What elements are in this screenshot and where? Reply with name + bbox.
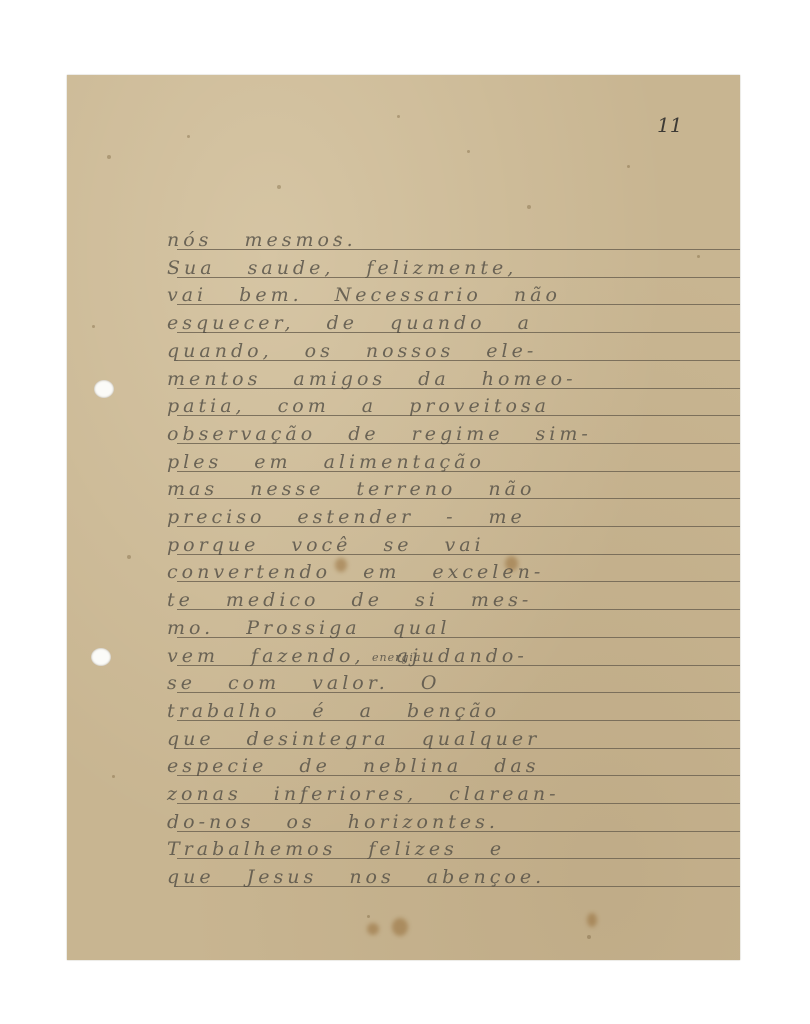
handwritten-line: patia, com a proveitosa: [167, 393, 734, 419]
punch-hole: [94, 380, 114, 398]
handwritten-line: te medico de si mes-: [167, 587, 734, 613]
paper-speck: [367, 915, 370, 918]
paper-speck: [397, 115, 400, 118]
handwritten-line: que Jesus nos abençoe.: [167, 864, 734, 890]
page-number: 11: [657, 113, 682, 137]
paper-speck: [107, 155, 111, 159]
handwritten-line: mas nesse terreno não: [167, 476, 734, 502]
handwritten-line: ples em alimentação: [167, 449, 734, 475]
interlinear-insert: energia: [372, 651, 421, 664]
handwritten-line: especie de neblina das: [167, 753, 734, 779]
handwritten-line: zonas inferiores, clarean-: [167, 781, 734, 807]
handwritten-line: quando, os nossos ele-: [167, 338, 734, 364]
handwritten-line: Sua saude, felizmente,: [167, 255, 734, 281]
handwritten-line: que desintegra qualquer: [167, 726, 734, 752]
handwritten-line: porque você se vai: [167, 532, 734, 558]
paper-speck: [187, 135, 190, 138]
handwritten-line: vem fazendo, ajudando-: [167, 643, 734, 669]
handwritten-line: se com valor. O: [167, 670, 734, 696]
letter-page: 11 nós mesmos.Sua saude, felizmente,vai …: [67, 75, 740, 960]
handwritten-line: esquecer, de quando a: [167, 310, 734, 336]
handwritten-line: vai bem. Necessario não: [167, 282, 734, 308]
handwritten-line: nós mesmos.: [167, 227, 734, 253]
stain: [587, 913, 597, 927]
paper-speck: [627, 165, 630, 168]
paper-speck: [527, 205, 531, 209]
handwritten-line: observação de regime sim-: [167, 421, 734, 447]
handwritten-line: Trabalhemos felizes e: [167, 836, 734, 862]
paper-speck: [277, 185, 281, 189]
handwritten-line: convertendo em excelen-: [167, 559, 734, 585]
paper-speck: [467, 150, 470, 153]
paper-speck: [112, 775, 115, 778]
handwritten-line: trabalho é a benção: [167, 698, 734, 724]
stain: [392, 918, 408, 936]
handwritten-line: do-nos os horizontes.: [167, 809, 734, 835]
handwritten-line: preciso estender - me: [167, 504, 734, 530]
handwritten-line: mentos amigos da homeo-: [167, 366, 734, 392]
paper-speck: [127, 555, 131, 559]
paper-speck: [587, 935, 591, 939]
punch-hole: [91, 648, 111, 666]
handwritten-line: mo. Prossiga qual: [167, 615, 734, 641]
paper-speck: [92, 325, 95, 328]
stain: [367, 923, 379, 935]
